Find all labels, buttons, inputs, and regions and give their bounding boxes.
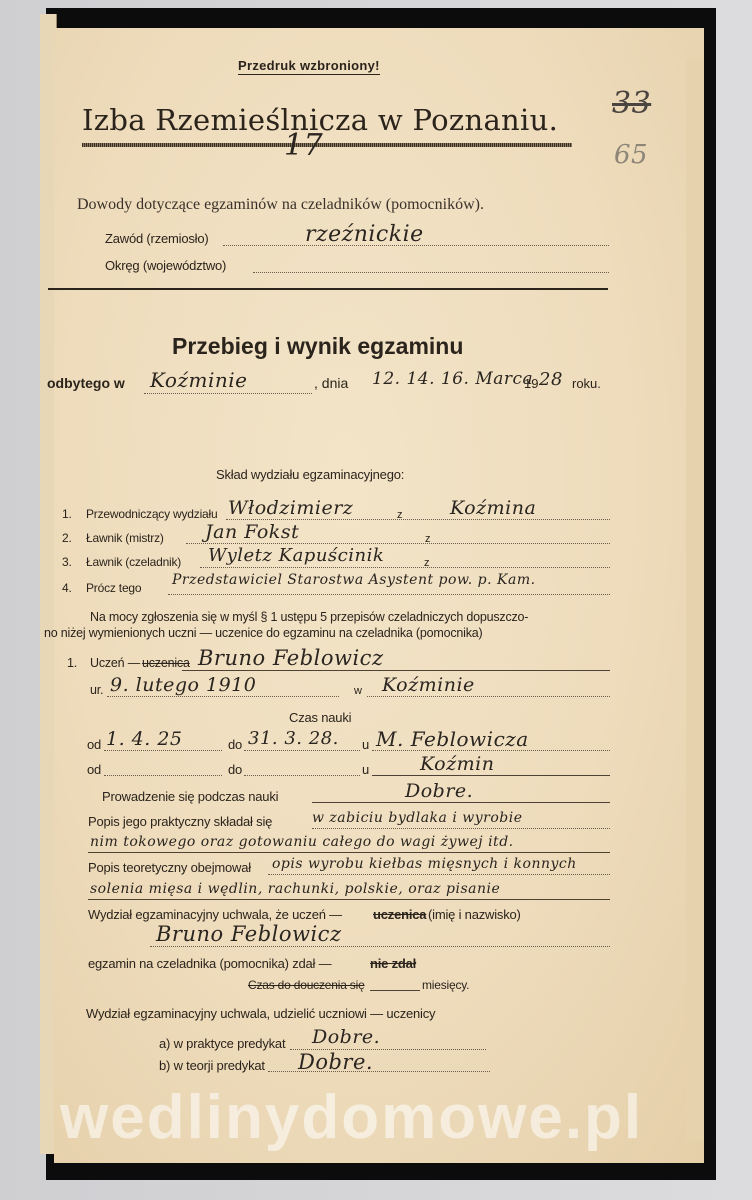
born-line <box>107 696 339 697</box>
resolution-label: Wydział egzaminacyjny uchwala, że uczeń … <box>88 907 342 922</box>
member-4-label: Prócz tego <box>86 581 141 595</box>
resolution-suffix: (imię i nazwisko) <box>428 907 521 922</box>
period-1-to[interactable]: 31. 3. 28. <box>248 728 339 749</box>
born-in-line <box>367 696 610 697</box>
period-2-to-line[interactable] <box>244 775 360 776</box>
apprentice-label: Uczeń — <box>90 656 140 670</box>
member-1-number: 1. <box>62 507 72 521</box>
exam-title: Przebieg i wynik egzaminu <box>172 333 463 360</box>
reprint-notice: Przedruk wzbroniony! <box>238 58 380 75</box>
months-label: miesięcy. <box>422 978 469 992</box>
apprentice-name-line <box>182 670 610 671</box>
member-4-line <box>168 594 610 595</box>
member-3-label: Ławnik (czeladnik) <box>86 555 181 569</box>
trade-value[interactable]: rzeźnickie <box>305 222 424 247</box>
member-1-from-label: z <box>397 509 402 521</box>
born-label: ur. <box>90 683 103 697</box>
practical-value-2[interactable]: nim tokowego oraz gotowaniu całego do wa… <box>90 834 514 850</box>
theory-grade-label: b) w teorji predykat <box>159 1058 265 1073</box>
member-3-line <box>200 567 610 568</box>
result-name-line <box>150 946 610 947</box>
period-1-at[interactable]: M. Feblowicza <box>376 727 529 751</box>
apprentice-label-struck: uczenica <box>142 656 190 670</box>
member-1-value[interactable]: Włodzimierz <box>228 497 353 519</box>
member-2-value[interactable]: Jan Fokst <box>205 521 299 543</box>
practical-line-2 <box>88 852 610 853</box>
practical-line-1 <box>312 828 610 829</box>
member-2-label: Ławnik (mistrz) <box>86 531 164 545</box>
period-1-from-line <box>104 750 222 751</box>
year-value[interactable]: 28 <box>539 369 563 390</box>
extra-time-line <box>370 990 420 991</box>
theory-line-1 <box>268 874 610 875</box>
period-2-to-label: do <box>228 762 242 777</box>
committee-heading: Skład wydziału egzaminacyjnego: <box>216 467 404 482</box>
period-1-from[interactable]: 1. 4. 25 <box>106 728 183 750</box>
result-name[interactable]: Bruno Feblowicz <box>156 922 342 946</box>
year-prefix: 19 <box>524 376 538 391</box>
member-1-label: Przewodniczący wydziału <box>86 507 217 521</box>
file-number: 17 <box>284 128 323 163</box>
period-2-at-line <box>372 775 610 776</box>
member-4-value[interactable]: Przedstawiciel Starostwa Asystent pow. p… <box>172 572 536 588</box>
theory-value-2[interactable]: solenia mięsa i wędlin, rachunki, polski… <box>90 881 500 897</box>
member-1-line <box>226 519 610 520</box>
period-1-to-line <box>244 750 360 751</box>
born-in-value[interactable]: Koźminie <box>382 674 475 696</box>
admission-line-1: Na mocy zgłoszenia się w myśl § 1 ustępu… <box>90 610 528 624</box>
member-2-from-label: z <box>425 533 430 545</box>
held-in-value[interactable]: Koźminie <box>150 368 247 392</box>
apprentice-name[interactable]: Bruno Feblowicz <box>198 646 384 670</box>
member-2-number: 2. <box>62 531 72 545</box>
practice-label: a) w praktyce predykat <box>159 1036 285 1051</box>
page-edge <box>686 60 704 1140</box>
passed-struck: nie zdał <box>370 956 416 971</box>
member-3-from-label: z <box>424 557 429 569</box>
conduct-value[interactable]: Dobre. <box>405 780 473 802</box>
member-2-line <box>186 543 610 544</box>
held-in-label: odbytego w <box>47 375 125 391</box>
subtitle: Dowody dotyczące egzaminów na czeladnikó… <box>77 196 484 214</box>
extra-time-struck: Czas do douczenia się <box>248 978 365 992</box>
member-3-value[interactable]: Wyletz Kapuścinik <box>208 545 384 566</box>
apprentice-number: 1. <box>67 656 77 670</box>
district-line[interactable] <box>253 272 609 273</box>
conduct-label: Prowadzenie się podczas nauki <box>102 789 278 804</box>
conduct-line <box>312 802 610 803</box>
margin-number: 65 <box>614 140 648 170</box>
period-1-at-label: u <box>362 737 369 752</box>
grade-heading: Wydział egzaminacyjny uchwala, udzielić … <box>86 1006 435 1021</box>
header-separator <box>48 288 608 290</box>
training-heading: Czas nauki <box>289 710 351 725</box>
date-label: , dnia <box>314 375 348 391</box>
theory-grade-value[interactable]: Dobre. <box>298 1050 373 1074</box>
admission-line-2: no niżej wymienionych uczni — uczenice d… <box>44 626 483 640</box>
member-1-from-value[interactable]: Koźmina <box>450 497 536 519</box>
period-2-from-label: od <box>87 762 101 777</box>
born-value[interactable]: 9. lutego 1910 <box>110 674 256 696</box>
member-4-number: 4. <box>62 581 72 595</box>
period-2-at[interactable]: Koźmin <box>420 753 494 775</box>
practice-value[interactable]: Dobre. <box>312 1026 380 1048</box>
period-2-from-line[interactable] <box>104 775 222 776</box>
practical-value-1[interactable]: w zabiciu bydlaka i wyrobie <box>312 810 522 826</box>
theory-label: Popis teoretyczny obejmował <box>88 860 251 875</box>
trade-label: Zawód (rzemiosło) <box>105 231 209 246</box>
watermark: wedlinydomowe.pl <box>60 1082 643 1153</box>
year-suffix: roku. <box>572 376 601 391</box>
period-1-from-label: od <box>87 737 101 752</box>
title-rule <box>82 143 572 147</box>
theory-line-2 <box>88 899 610 900</box>
resolution-struck: uczenica <box>373 907 426 922</box>
passed-text: egzamin na czeladnika (pomocnika) zdał — <box>88 956 331 971</box>
margin-number-struck: 33 <box>612 86 651 121</box>
theory-value-1[interactable]: opis wyrobu kiełbas mięsnych i konnych <box>272 856 577 872</box>
period-2-at-label: u <box>362 762 369 777</box>
practical-label: Popis jego praktyczny składał się <box>88 814 272 829</box>
member-3-number: 3. <box>62 555 72 569</box>
period-1-to-label: do <box>228 737 242 752</box>
district-label: Okręg (województwo) <box>105 258 226 273</box>
held-in-line <box>144 393 312 394</box>
born-in-label: w <box>354 685 362 697</box>
date-value[interactable]: 12. 14. 16. Marca <box>372 369 533 389</box>
